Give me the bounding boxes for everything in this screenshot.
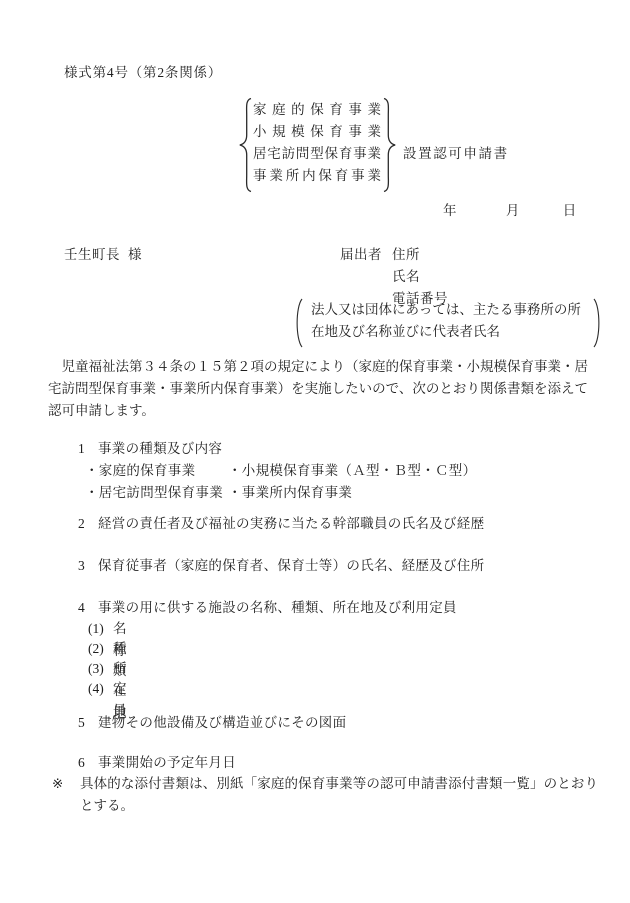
date-year-label: 年 — [443, 203, 457, 218]
applicant-field-name: 氏名 — [392, 266, 448, 288]
date-day-label: 日 — [563, 203, 577, 218]
item-text: 建物その他設備及び構造並びにその図面 — [98, 712, 346, 734]
item-text: 事業開始の予定年月日 — [98, 752, 236, 774]
subitem-number: (2) — [88, 638, 104, 660]
item-number: 3 — [78, 555, 85, 577]
addressee-honorific: 様 — [128, 244, 142, 266]
bullet-item: ・小規模保育事業（Ａ型・Ｂ型・Ｃ型） — [228, 460, 476, 482]
subitem-number: (4) — [88, 678, 104, 700]
bullet-item: ・家庭的保育事業 — [85, 460, 195, 482]
bullet-item: ・居宅訪問型保育事業 — [85, 482, 223, 504]
business-type-item: 家庭的保育事業 — [253, 99, 381, 121]
item-text: 事業の用に供する施設の名称、種類、所在地及び利用定員 — [98, 597, 457, 619]
item-number: 5 — [78, 712, 85, 734]
item-text: 保育従事者（家庭的保育者、保育士等）の氏名、経歴及び住所 — [98, 555, 484, 577]
item-text: 事業の種類及び内容 — [98, 438, 222, 460]
corporate-applicant-note-text: 法人又は団体にあっては、主たる事務所の所在地及び名称並びに代表者氏名 — [311, 299, 591, 343]
item-number: 2 — [78, 513, 85, 535]
document-page: 様式第4号（第2条関係） 家庭的保育事業 小規模保育事業 居宅訪問型保育事業 事… — [0, 0, 630, 903]
business-type-list: 家庭的保育事業 小規模保育事業 居宅訪問型保育事業 事業所内保育事業 — [253, 99, 381, 187]
business-type-item: 事業所内保育事業 — [253, 165, 381, 187]
form-number: 様式第4号（第2条関係） — [64, 62, 222, 84]
item-number: 4 — [78, 597, 85, 619]
right-paren-icon — [593, 298, 603, 348]
body-paragraph: 児童福祉法第３４条の１５第２項の規定により（家庭的保育事業・小規模保育事業・居宅… — [48, 356, 588, 422]
applicant-field-address: 住所 — [392, 244, 448, 266]
document-title: 設置認可申請書 — [403, 143, 509, 165]
item-number: 6 — [78, 752, 85, 774]
right-brace-icon — [383, 97, 397, 193]
addressee-name: 壬生町長 — [64, 244, 120, 266]
footnote-text: 具体的な添付書類は、別紙「家庭的保育事業等の認可申請書添付書類一覧」のとおりとす… — [80, 773, 598, 817]
date-month-label: 月 — [506, 203, 520, 218]
left-paren-icon — [293, 298, 303, 348]
business-type-item: 小規模保育事業 — [253, 121, 381, 143]
date-line: 年 月 日 — [443, 200, 576, 222]
item-text: 経営の責任者及び福祉の実務に当たる幹部職員の氏名及び経歴 — [98, 513, 484, 535]
subitem-number: (1) — [88, 618, 104, 640]
footnote-marker: ※ — [52, 773, 63, 795]
applicant-label: 届出者 — [340, 244, 382, 266]
item-number: 1 — [78, 438, 85, 460]
subitem-number: (3) — [88, 658, 104, 680]
left-brace-icon — [238, 97, 252, 193]
business-type-item: 居宅訪問型保育事業 — [253, 143, 381, 165]
bullet-item: ・事業所内保育事業 — [228, 482, 352, 504]
